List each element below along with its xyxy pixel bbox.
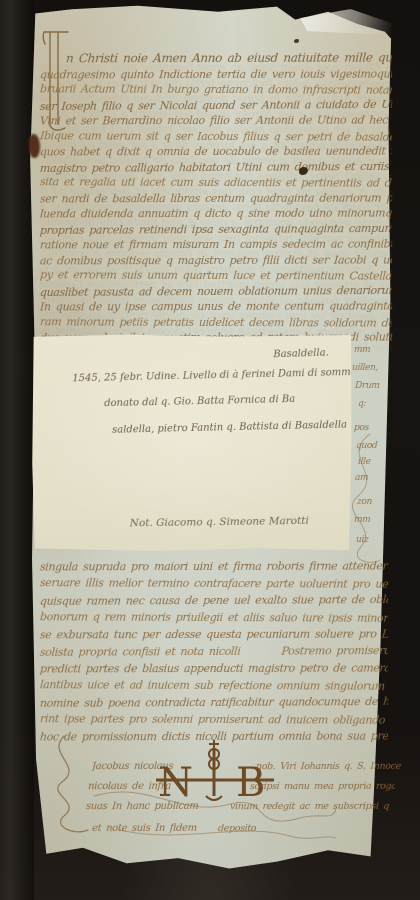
fragment-line: Drum [355,380,392,392]
manuscript-line: solista propria confisii et nota nicolli… [39,642,389,661]
manuscript-line: Vini et ser Bernardino nicolao filio ser… [39,113,392,129]
slip-note-line: saldella, pietro Fantin q. Battista di B… [112,419,347,435]
manuscript-line: lantibus uice et ad inuicem sub refectio… [39,676,388,695]
manuscript-photo: n Christi noie Amen Anno ab eiusd natiui… [0,0,420,900]
flourish-bottom-loops [90,778,340,848]
top-text-block: n Christi noie Amen Anno ab eiusd natiui… [40,51,392,346]
edge-stain [29,134,40,158]
slip-place-label: Basaldella. [273,348,329,361]
manuscript-line: n Christi noie Amen Anno ab eiusd natiui… [65,51,392,67]
manuscript-line: quisque ramen nec causa de pene uel exal… [39,591,389,610]
manuscript-line: luenda diuidenda annuatim q dicto q sine… [39,206,392,222]
fragment-line: uillen, [352,362,389,374]
manuscript-line: Ibique cum uerum sit q ser Iacobus filiu… [39,128,392,145]
manuscript-line: py et errorem suis unum quartum luce et … [39,267,392,284]
manuscript-line: ac domibus positisque q magistro petro f… [39,252,392,268]
slip-note-line: donato dal q. Gio. Batta Fornica di Ba [104,394,295,409]
archival-note-slip: Basaldella. 1545, 25 febr. Udine. Livell… [32,333,353,552]
fragment-line: q: [358,398,395,410]
middle-text-block: singula suprada pro maiori uini et firma… [40,558,388,745]
top-right-fold [300,9,392,35]
book-spine-shadow [0,0,34,900]
fragment-line: mm [354,344,391,356]
manuscript-line: ser nardi de basaldella libras centum qu… [39,190,392,206]
manuscript-line: nomine sub poena contradicta ratificabit… [39,693,389,712]
manuscript-line: predicti partes de blasius appenducti ma… [39,660,388,678]
manuscript-line: rint ipse partes pro solemni promiserunt… [39,710,388,729]
manuscript-line: sita et regalia uti iacet cum suis adiac… [39,174,392,191]
manuscript-line: quaslibet pasusta ad decem nouem oblatio… [39,282,392,300]
manuscript-line: seruare illis melior termino contrafacer… [39,574,388,593]
manuscript-line: proprias parcelas retinendi ipsa sexagin… [39,220,392,238]
manuscript-line: quadragesimo quinto Indictione tertia di… [39,66,392,82]
slip-notary-line: Not. Giacomo q. Simeone Marotti [130,515,309,530]
manuscript-line: ratione noue et firmam misuram In campis… [39,237,392,253]
manuscript-line: ser Ioseph filio q ser Nicolai quond ser… [39,96,392,114]
manuscript-line: bonorum q rem minoris priuilegii et alii… [39,608,388,627]
manuscript-line: magistro petro calligario habitatori Uti… [39,158,392,176]
manuscript-line: In quasi de uy ipse campus unus de monte… [39,299,392,315]
manuscript-line: quos habet q dixit q omnia de uocabulo d… [39,144,392,160]
manuscript-line: bruarii Actum Utini In burgo gratiano in… [39,81,392,98]
slip-note-line: 1545, 25 febr. Udine. Livello di à ferin… [72,367,357,384]
manuscript-line: se exbursata tunc per adesse questa pecu… [39,626,388,644]
manuscript-line: ram minorum petiis petratis uidelicet de… [39,314,392,331]
